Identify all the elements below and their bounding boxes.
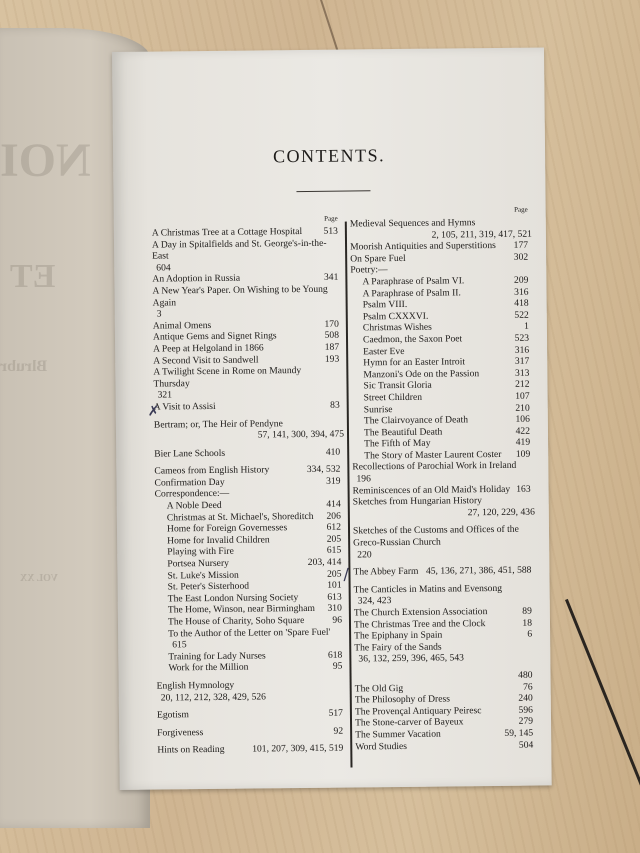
toc-entry-title: To the Author of the Letter on 'Spare Fu… xyxy=(168,626,342,639)
toc-entry-title: A New Year's Paper. On Wishing to be You… xyxy=(152,284,338,309)
toc-entry-title: Recollections of Parochial Work in Irela… xyxy=(352,460,530,473)
toc-entry-pages: 334, 532 xyxy=(303,464,341,476)
toc-entry-pages: 504 xyxy=(515,739,534,751)
toc-entry-title: Hints on Reading xyxy=(157,744,248,757)
pencil-tick-mark: / xyxy=(343,565,349,584)
toc-entry-pages: 95 xyxy=(329,661,343,673)
toc-entry-pages: 279 xyxy=(515,716,534,728)
pencil-cross-mark: ✗ xyxy=(148,404,160,420)
toc-entry-pages: 163 xyxy=(512,483,531,495)
toc-entry-pages: 419 xyxy=(512,437,531,449)
toc-entry-pages: 101 xyxy=(323,580,342,592)
toc-entry-pages: 604 xyxy=(152,262,171,274)
toc-entry-pages: 36, 132, 259, 396, 465, 543 xyxy=(354,653,464,666)
toc-entry-pages: 89 xyxy=(518,606,532,618)
toc-entry: Egotism517 xyxy=(157,708,343,722)
toc-entry: Work for the Million95 xyxy=(156,661,342,675)
toc-entry-pages: 6 xyxy=(523,629,532,641)
toc-entry-title: Bier Lane Schools xyxy=(154,447,322,460)
toc-entry-title: Egotism xyxy=(157,708,325,721)
title-rule xyxy=(296,190,370,192)
bleed-through-text: Blrubr xyxy=(0,358,47,376)
toc-entry-title: A Twilight Scene in Rome on Maundy Thurs… xyxy=(153,365,339,390)
toc-entry: A Visit to Assisi83 xyxy=(154,400,340,414)
toc-entry: The Fairy of the Sands36, 132, 259, 396,… xyxy=(354,640,532,665)
toc-entry-pages: 109 xyxy=(512,449,531,461)
bleed-through-text: ET xyxy=(10,258,55,296)
toc-entry-pages: 45, 136, 271, 386, 451, 588 xyxy=(422,565,532,578)
toc-entry: Bertram; or, The Heir of Pendyne57, 141,… xyxy=(154,417,340,442)
toc-entry-pages: 313 xyxy=(511,367,530,379)
toc-entry-title: The Abbey Farm xyxy=(353,566,422,578)
toc-entry-pages: 107 xyxy=(511,391,530,403)
toc-entry-pages: 324, 423 xyxy=(354,596,392,608)
toc-entry-pages: 92 xyxy=(329,725,343,737)
toc-entry: A Day in Spitalfields and St. George's-i… xyxy=(152,237,338,274)
toc-entry-title: Work for the Million xyxy=(168,661,329,674)
toc-entry-pages: 187 xyxy=(321,342,340,354)
toc-entry-pages: 310 xyxy=(323,603,342,615)
toc-entry-pages: 618 xyxy=(324,649,343,661)
page-column-label: Page xyxy=(152,215,338,226)
toc-entry-pages: 410 xyxy=(322,446,341,458)
toc-entry-pages: 240 xyxy=(514,693,533,705)
toc-entry-title: The Fairy of the Sands xyxy=(354,640,532,653)
page-title: CONTENTS. xyxy=(113,143,545,169)
toc-entry-pages: 27, 120, 229, 436 xyxy=(353,506,535,519)
toc-entry-pages: 193 xyxy=(321,353,340,365)
toc-entry-pages: 170 xyxy=(320,318,339,330)
toc-entry-pages: 3 xyxy=(153,309,162,321)
toc-entry-pages: 203, 414 xyxy=(304,557,342,569)
toc-entry-pages: 101, 207, 309, 415, 519 xyxy=(248,743,343,756)
contents-page: CONTENTS. Page A Christmas Tree at a Cot… xyxy=(112,47,552,789)
toc-entry-pages: 319 xyxy=(322,476,341,488)
toc-entry-pages: 57, 141, 300, 394, 475 xyxy=(154,429,344,443)
bleed-through-text: VOL XX xyxy=(20,573,58,584)
toc-entry: Hints on Reading101, 207, 309, 415, 519 xyxy=(157,743,343,757)
toc-entry: Bier Lane Schools410 xyxy=(154,446,340,460)
toc-entry-title: Sketches of the Customs and Offices of t… xyxy=(353,524,531,549)
toc-entry-pages: 517 xyxy=(324,708,343,720)
toc-entry: Sketches of the Customs and Offices of t… xyxy=(353,524,531,561)
toc-entry-pages: 96 xyxy=(328,615,342,627)
toc-entry-title: A Visit to Assisi xyxy=(154,400,327,413)
toc-entry-pages: 341 xyxy=(320,272,339,284)
toc-entry-pages: 302 xyxy=(510,251,529,263)
toc-entry-title: Word Studies xyxy=(355,739,515,752)
toc-entry-pages: 414 xyxy=(322,499,341,511)
bleed-through-text: NOI xyxy=(0,133,91,188)
toc-entry-pages: 615 xyxy=(168,639,187,651)
page-column-label: Page xyxy=(350,206,528,217)
toc-entry-pages: 615 xyxy=(323,545,342,557)
toc-entry: The Abbey Farm45, 136, 271, 386, 451, 58… xyxy=(353,565,531,578)
toc-entry-pages xyxy=(524,263,528,275)
toc-entry-pages: 316 xyxy=(510,286,529,298)
toc-entry-pages: 1 xyxy=(520,321,529,333)
toc-entry: Sketches from Hungarian History27, 120, … xyxy=(353,495,531,520)
toc-entry-pages: 209 xyxy=(510,275,529,287)
toc-entry-pages: 522 xyxy=(510,309,529,321)
toc-entry-pages: 613 xyxy=(323,591,342,603)
toc-entry-pages: 206 xyxy=(322,510,341,522)
toc-entry-pages: 317 xyxy=(511,356,530,368)
toc-entry: Forgiveness92 xyxy=(157,725,343,739)
toc-entry-pages xyxy=(337,487,341,499)
toc-entry: Medieval Sequences and Hymns2, 105, 211,… xyxy=(350,217,528,242)
toc-entry-pages: 106 xyxy=(511,414,530,426)
toc-entry-title: The Canticles in Matins and Evensong xyxy=(354,582,532,595)
toc-entry: English Hymnology20, 112, 212, 328, 429,… xyxy=(157,679,343,704)
toc-entry: A Twilight Scene in Rome on Maundy Thurs… xyxy=(153,365,339,402)
toc-entry: The Canticles in Matins and Evensong324,… xyxy=(354,582,532,607)
toc-entry-pages: 220 xyxy=(353,549,372,561)
toc-entry-pages: 20, 112, 212, 328, 429, 526 xyxy=(157,691,266,704)
toc-entry-pages: 210 xyxy=(511,402,530,414)
toc-entry-pages: 59, 145 xyxy=(500,728,533,740)
toc-entry-pages: 321 xyxy=(154,390,173,402)
toc-entry-pages: 508 xyxy=(321,330,340,342)
toc-entry-pages: 596 xyxy=(514,704,533,716)
toc-entry-title: Forgiveness xyxy=(157,726,330,739)
toc-entry-pages: 76 xyxy=(519,681,533,693)
toc-entry: A New Year's Paper. On Wishing to be You… xyxy=(152,284,338,321)
toc-entry-pages: 196 xyxy=(352,473,371,485)
toc-entry-pages: 177 xyxy=(510,240,529,252)
toc-entry-pages: 212 xyxy=(511,379,530,391)
contents-column-left: Page A Christmas Tree at a Cottage Hospi… xyxy=(152,215,344,757)
toc-entry-pages: 513 xyxy=(319,226,338,238)
toc-entry-pages: 523 xyxy=(511,333,530,345)
toc-entry-pages: 418 xyxy=(510,298,529,310)
toc-entry-title: A Day in Spitalfields and St. George's-i… xyxy=(152,237,338,262)
toc-entry-pages: 316 xyxy=(511,344,530,356)
toc-entry-pages: 83 xyxy=(326,400,340,412)
toc-entry: To the Author of the Letter on 'Spare Fu… xyxy=(156,626,342,651)
toc-entry-pages: 612 xyxy=(323,522,342,534)
toc-entry-title: English Hymnology xyxy=(157,679,343,693)
toc-entry-pages: 18 xyxy=(518,617,532,629)
toc-entry: Recollections of Parochial Work in Irela… xyxy=(352,460,530,485)
contents-column-right: Page Medieval Sequences and Hymns2, 105,… xyxy=(350,206,534,753)
toc-entry-pages: 205 xyxy=(323,568,342,580)
toc-entry-pages: 422 xyxy=(512,425,531,437)
toc-entry-pages: 480 xyxy=(514,670,533,682)
toc-entry-pages: 205 xyxy=(323,533,342,545)
toc-entry: Word Studies504 xyxy=(355,739,533,752)
